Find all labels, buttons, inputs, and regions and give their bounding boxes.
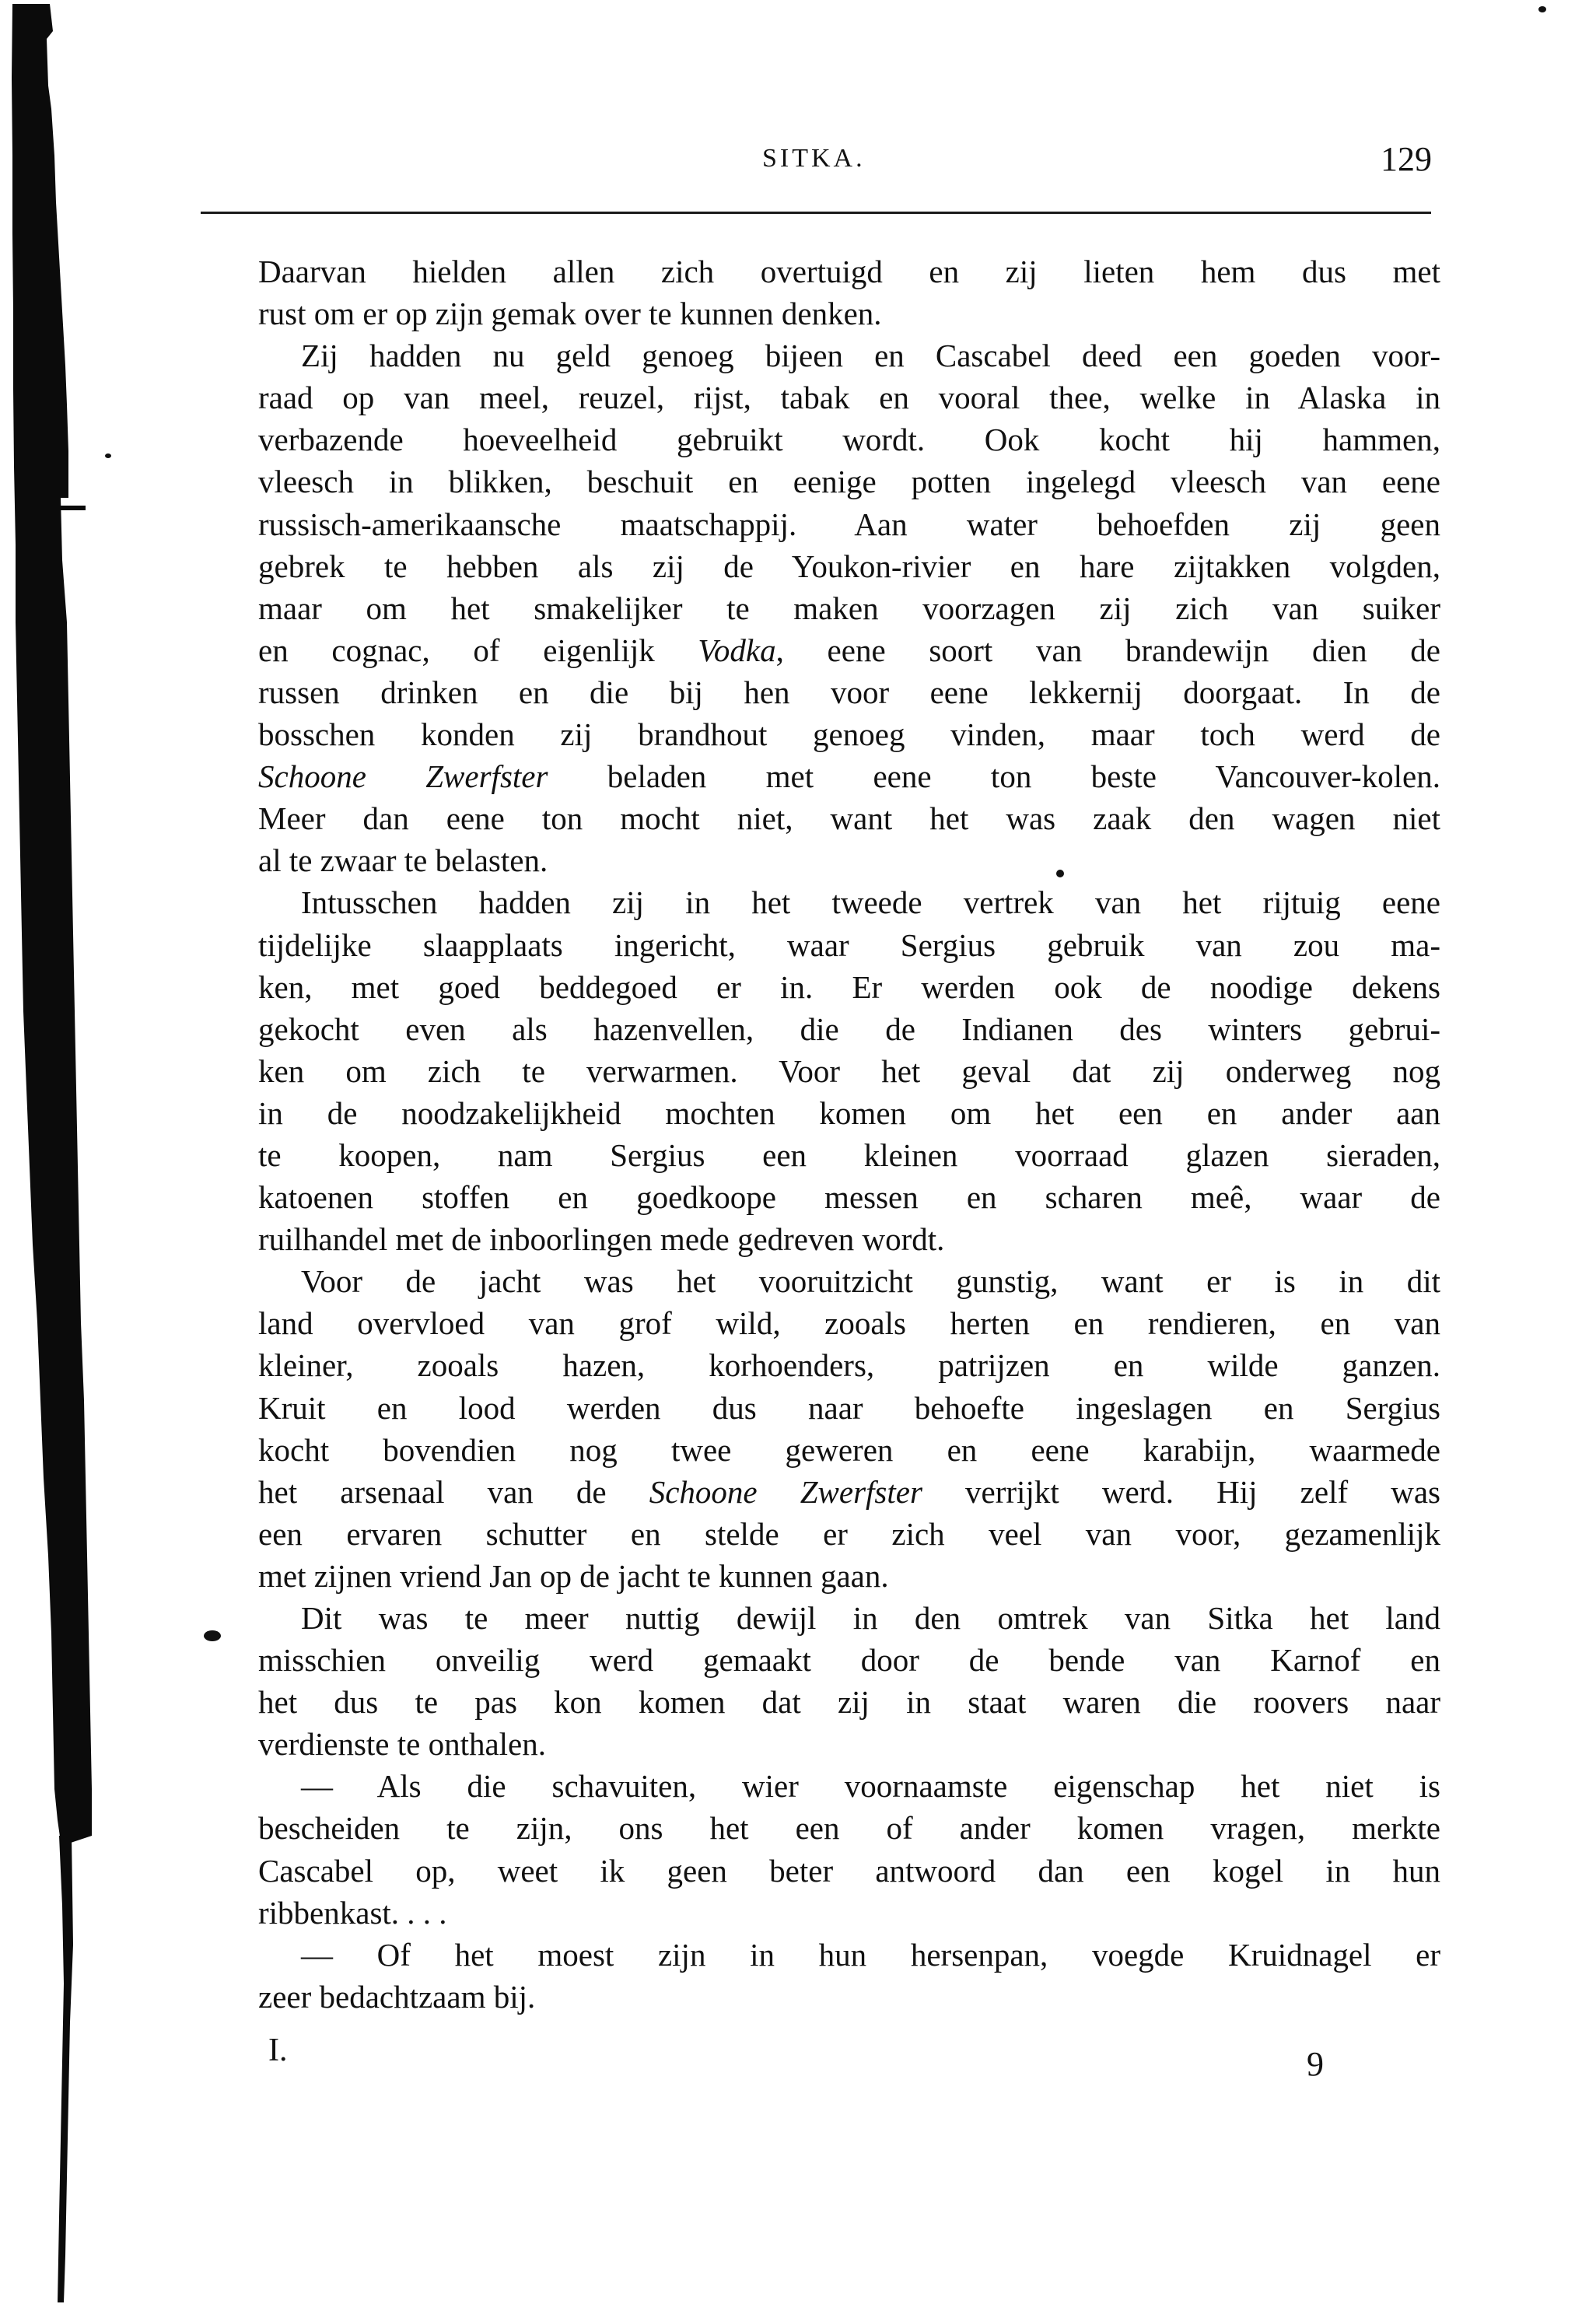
text-line: kocht bovendien nog twee geweren en eene… [258,1429,1440,1471]
text-line: een ervaren schutter en stelde er zich v… [258,1513,1440,1555]
text-line: Dit was te meer nuttig dewijl in den omt… [258,1597,1440,1639]
text-line: gekocht even als hazenvellen, die de Ind… [258,1008,1440,1050]
text-line: gebrek te hebben als zij de Youkon-rivie… [258,545,1440,587]
text-line: het arsenaal van de Schoone Zwerfster ve… [258,1471,1440,1513]
text-line: ken om zich te verwarmen. Voor het geval… [258,1050,1440,1092]
header-rule [201,212,1431,214]
text-line: ruilhandel met de inboorlingen mede gedr… [258,1218,1440,1260]
text-line: Intusschen hadden zij in het tweede vert… [258,881,1440,923]
text-line: katoenen stoffen en goedkoope messen en … [258,1176,1440,1218]
text-line: bosschen konden zij brandhout genoeg vin… [258,713,1440,755]
text-line: land overvloed van grof wild, zooals her… [258,1302,1440,1344]
running-title: SITKA. [762,144,866,173]
text-line: te koopen, nam Sergius een kleinen voorr… [258,1134,1440,1176]
text-line: kleiner, zooals hazen, korhoenders, patr… [258,1344,1440,1386]
text-line: verbazende hoeveelheid gebruikt wordt. O… [258,418,1440,460]
text-line: met zijnen vriend Jan op de jacht te kun… [258,1555,1440,1597]
text-line: al te zwaar te belasten. [258,839,1440,881]
text-line: Voor de jacht was het vooruitzicht gunst… [258,1260,1440,1302]
text-line: rust om er op zijn gemak over te kunnen … [258,292,1440,334]
body-text: Daarvan hielden allen zich overtuigd en … [258,250,1440,2018]
text-line: russisch-amerikaansche maatschappij. Aan… [258,503,1440,545]
text-line: Cascabel op, weet ik geen beter antwoord… [258,1850,1440,1892]
text-line: en cognac, of eigenlijk Vodka, eene soor… [258,629,1440,671]
text-line: misschien onveilig werd gemaakt door de … [258,1639,1440,1681]
running-head: SITKA. 129 [0,144,1596,191]
text-line: — Als die schavuiten, wier voornaamste e… [258,1765,1440,1807]
text-line: Daarvan hielden allen zich overtuigd en … [258,250,1440,292]
folio-number: 9 [1307,2044,1324,2084]
ink-speck [1538,6,1546,12]
text-line: Meer dan eene ton mocht niet, want het w… [258,797,1440,839]
text-line: vleesch in blikken, beschuit en eenige p… [258,460,1440,502]
italic-ship-name: Schoone Zwerfster [649,1474,922,1510]
binding-shadow [0,0,109,2304]
page-number: 129 [1381,139,1432,179]
text-line: — Of het moest zijn in hun hersenpan, vo… [258,1934,1440,1976]
text-line: maar om het smakelijker te maken voorzag… [258,587,1440,629]
ink-speck [1056,870,1064,877]
text-line: bescheiden te zijn, ons het een of ander… [258,1807,1440,1849]
text-line: tijdelijke slaapplaats ingericht, waar S… [258,924,1440,966]
text-line: verdienste te onthalen. [258,1723,1440,1765]
text-line: zeer bedachtzaam bij. [258,1976,1440,2018]
italic-ship-name: Vodka [698,632,775,668]
text-line: in de noodzakelijkheid mochten komen om … [258,1092,1440,1134]
text-line: russen drinken en die bij hen voor eene … [258,671,1440,713]
ink-speck [204,1630,221,1641]
signature-mark: I. [268,2032,288,2069]
text-line: ken, met goed beddegoed er in. Er werden… [258,966,1440,1008]
text-line: raad op van meel, reuzel, rijst, tabak e… [258,376,1440,418]
text-line: Schoone Zwerfster beladen met eene ton b… [258,755,1440,797]
italic-ship-name: Schoone Zwerfster [258,758,548,794]
ink-speck [105,453,111,458]
text-line: Kruit en lood werden dus naar behoefte i… [258,1387,1440,1429]
text-line: ribbenkast. . . . [258,1892,1440,1934]
text-line: het dus te pas kon komen dat zij in staa… [258,1681,1440,1723]
text-line: Zij hadden nu geld genoeg bijeen en Casc… [258,334,1440,376]
